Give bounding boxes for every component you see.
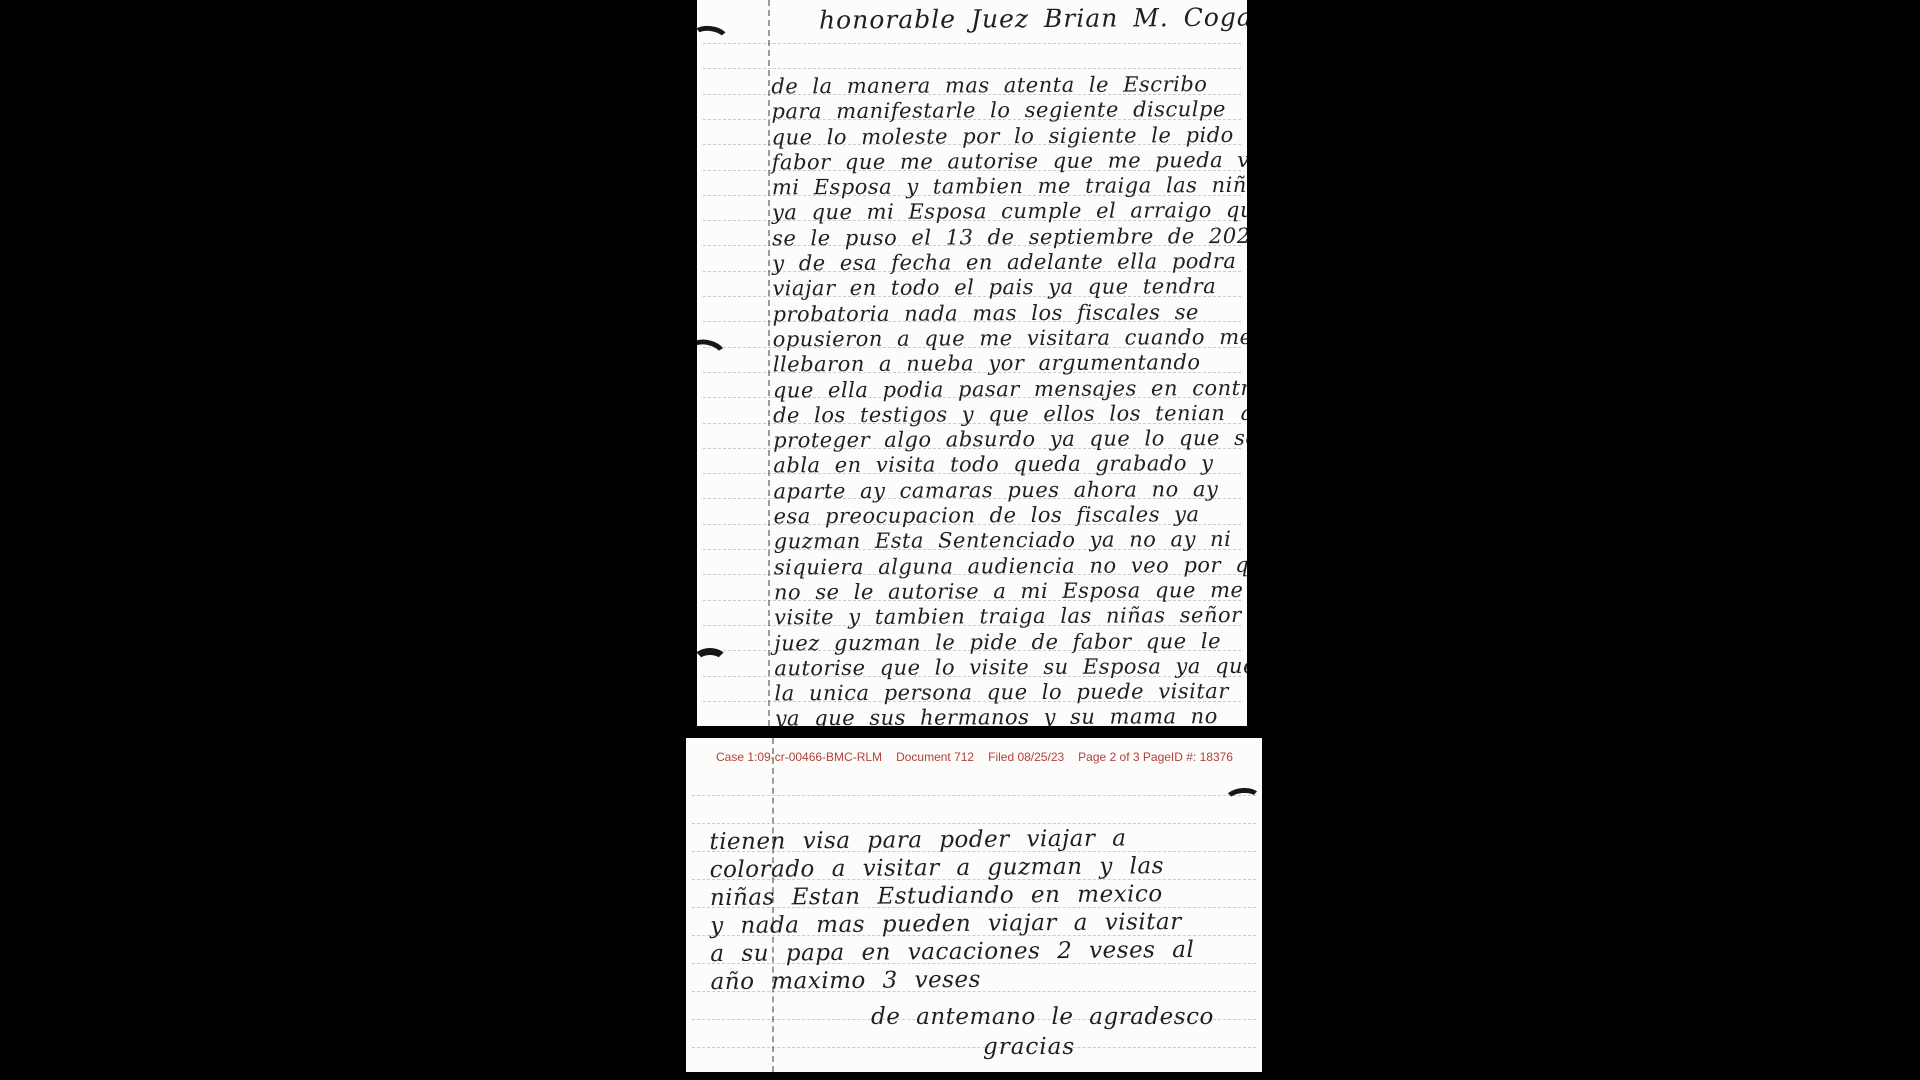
pen-mark-icon — [697, 336, 728, 368]
ruled-line — [703, 43, 1241, 44]
handwritten-line: mi Esposa y tambien me traiga las niñas — [772, 173, 1247, 201]
letter-page-1: honorable Juez Brian M. Cogan de la mane… — [697, 0, 1247, 726]
document-viewer[interactable]: honorable Juez Brian M. Cogan de la mane… — [0, 0, 1920, 1080]
court-filing-stamp: Case 1:09-cr-00466-BMC-RLMDocument 712Fi… — [716, 750, 1233, 764]
handwritten-line: juez guzman le pide de fabor que le — [774, 628, 1247, 656]
stamp-segment: Filed 08/25/23 — [988, 750, 1064, 764]
ruled-line — [703, 68, 1241, 69]
handwritten-line: siquiera alguna audiencia no veo por que — [774, 552, 1247, 580]
handwritten-line: de la manera mas atenta le Escribo — [771, 72, 1247, 100]
handwritten-line: abla en visita todo queda grabado y — [773, 451, 1247, 479]
handwritten-line: para manifestarle lo segiente disculpe — [771, 97, 1247, 125]
signoff-line: gracias — [983, 1034, 1075, 1060]
stamp-segment: Document 712 — [896, 750, 974, 764]
handwritten-line: guzman Esta Sentenciado ya no ay ni — [774, 527, 1247, 555]
handwritten-line: llebaron a nueba yor argumentando — [773, 350, 1247, 378]
handwritten-line: ya que mi Esposa cumple el arraigo que — [772, 198, 1247, 226]
handwritten-line: niñas Estan Estudiando en mexico — [710, 880, 1194, 912]
pen-mark-icon — [1223, 787, 1262, 814]
pen-mark-icon — [697, 648, 728, 674]
handwritten-line: autorise que lo visite su Esposa ya que … — [774, 653, 1247, 681]
handwritten-line: no se le autorise a mi Esposa que me — [774, 578, 1247, 606]
handwritten-line: año maximo 3 veses — [710, 964, 1194, 996]
ruled-line — [692, 795, 1256, 796]
handwritten-line: que lo moleste por lo sigiente le pido e… — [772, 122, 1247, 150]
ruled-line — [692, 1047, 1256, 1048]
handwritten-line: probatoria nada mas los fiscales se — [772, 299, 1247, 327]
handwritten-line: y de esa fecha en adelante ella podra — [772, 249, 1247, 277]
handwritten-line: aparte ay camaras pues ahora no ay — [773, 476, 1247, 504]
handwritten-line: fabor que me autorise que me pueda visit… — [772, 147, 1247, 175]
page-1-margin-line — [768, 0, 770, 726]
stamp-segment: Page 2 of 3 PageID #: 18376 — [1078, 750, 1233, 764]
letter-page-2: Case 1:09-cr-00466-BMC-RLMDocument 712Fi… — [686, 738, 1262, 1072]
handwritten-line: a su papa en vacaciones 2 veses al — [710, 936, 1194, 968]
handwritten-line: proteger algo absurdo ya que lo que se — [773, 426, 1247, 454]
handwritten-line: ya que sus hermanos y su mama no — [775, 704, 1247, 726]
handwritten-line: esa preocupacion de los fiscales ya — [774, 502, 1247, 530]
handwritten-line: que ella podia pasar mensajes en contra — [773, 375, 1247, 403]
handwritten-line: tienen visa para poder viajar a — [709, 824, 1193, 856]
letter-body-page-2: tienen visa para poder viajar acolorado … — [709, 824, 1194, 996]
stamp-segment: Case 1:09-cr-00466-BMC-RLM — [716, 750, 882, 764]
pen-mark-icon — [697, 23, 730, 52]
handwritten-line: visite y tambien traiga las niñas señor — [774, 603, 1247, 631]
handwritten-line: opusieron a que me visitara cuando me — [773, 325, 1247, 353]
handwritten-line: colorado a visitar a guzman y las — [710, 852, 1194, 884]
handwritten-line: de los testigos y que ellos los tenian q… — [773, 400, 1247, 428]
closing-line: de antemano le agradesco — [871, 1004, 1214, 1030]
letter-body-page-1: de la manera mas atenta le Escribopara m… — [771, 72, 1247, 726]
handwritten-line: y nada mas pueden viajar a visitar — [710, 908, 1194, 940]
handwritten-line: la unica persona que lo puede visitar — [774, 679, 1247, 707]
letter-heading: honorable Juez Brian M. Cogan — [819, 2, 1247, 34]
handwritten-line: se le puso el 13 de septiembre de 2023 — [772, 223, 1247, 251]
handwritten-line: viajar en todo el pais ya que tendra — [772, 274, 1247, 302]
